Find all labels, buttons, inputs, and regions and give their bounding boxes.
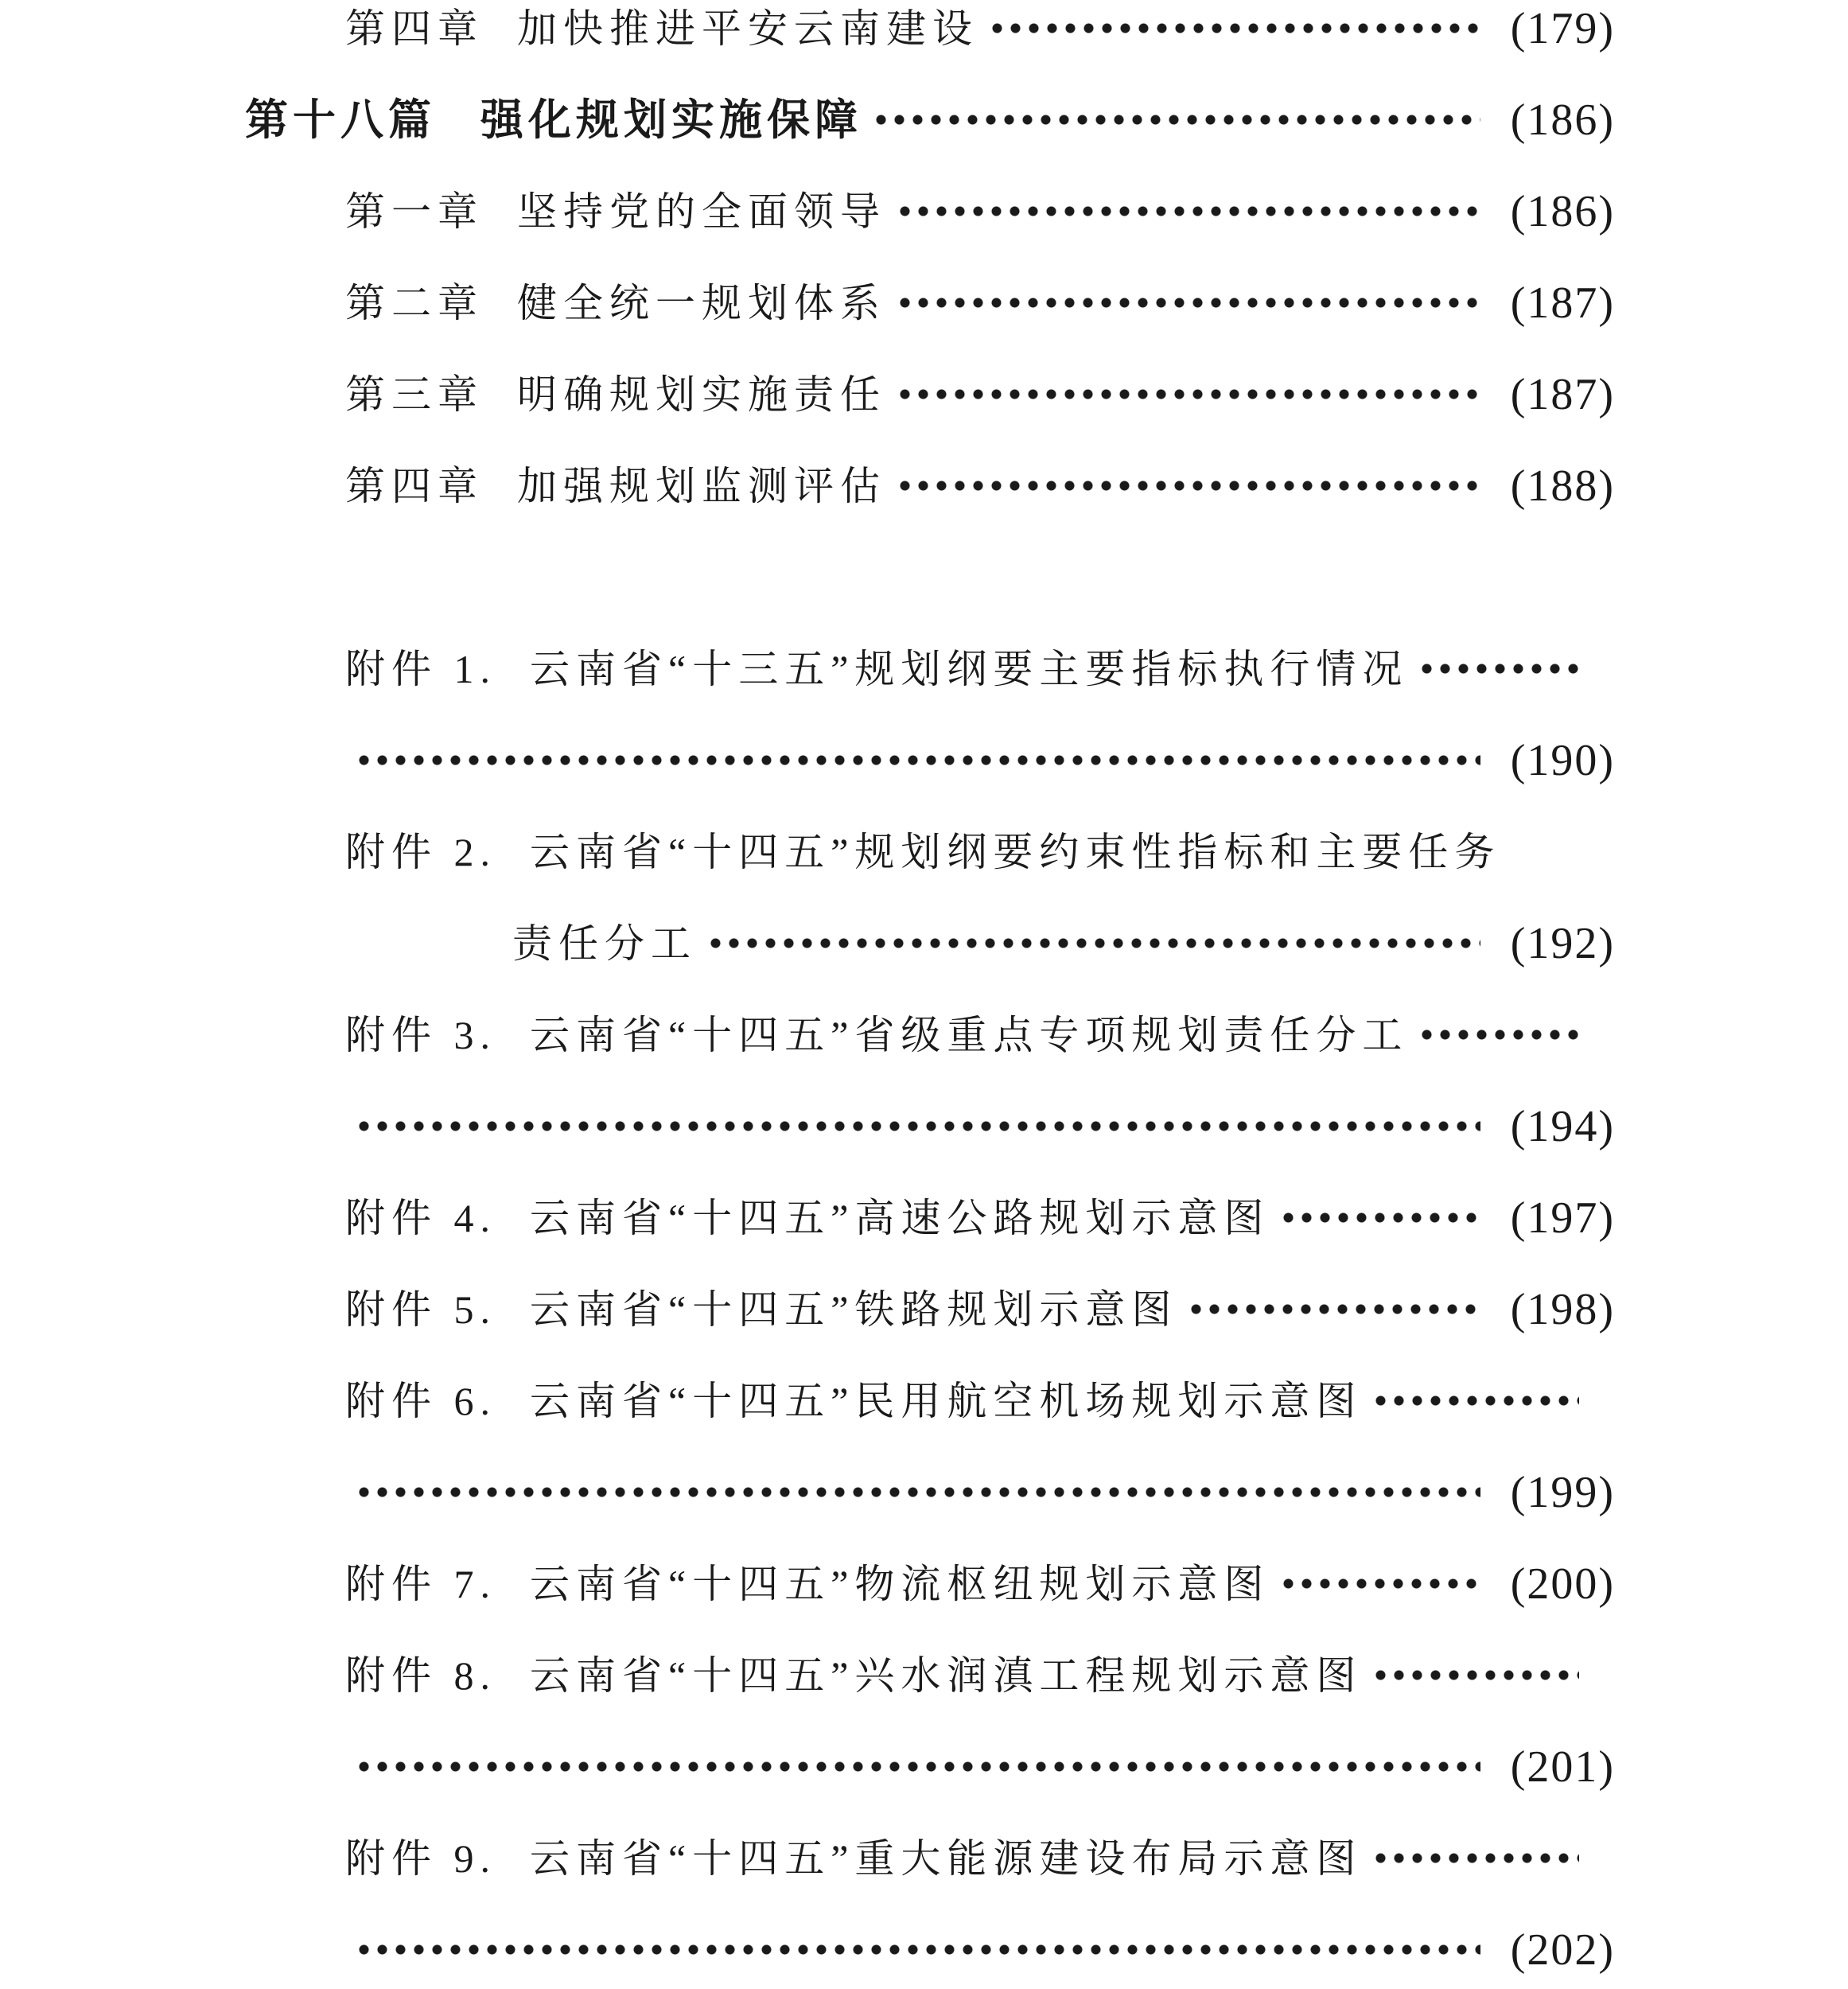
entry-title: 云南省“十四五”兴水润滇工程规划示意图: [530, 1656, 1362, 1695]
toc-entry: 第四章加快推进平安云南建设(179): [0, 0, 1848, 74]
dot-leader-icon: [352, 1904, 1480, 1989]
dot-leader-icon: [1276, 1538, 1480, 1629]
dot-leader-icon: [703, 897, 1480, 989]
page-number: (201): [1511, 1745, 1615, 1789]
dot-leader-icon: [1368, 1812, 1579, 1904]
entry-title: 强化规划实施保障: [480, 99, 862, 142]
dot-leader-icon: [1368, 1629, 1579, 1721]
entry-title: 云南省“十四五”重大能源建设布局示意图: [530, 1839, 1362, 1878]
toc-entry: 第二章健全统一规划体系(187): [0, 257, 1848, 348]
page-number: (186): [1511, 189, 1615, 234]
entry-label: 第十八篇: [245, 99, 436, 142]
dot-leader-icon: [352, 1446, 1480, 1538]
dot-leader-icon: [1414, 623, 1579, 714]
page-number: (186): [1511, 98, 1615, 142]
page-number: (199): [1511, 1470, 1615, 1515]
entry-title: 加强规划监测评估: [517, 466, 886, 506]
entry-label: 附件 5.: [345, 1290, 496, 1329]
entry-label: 第四章: [345, 466, 484, 506]
dot-leader-icon: [1276, 1172, 1480, 1263]
entry-label: 附件 2.: [345, 832, 496, 872]
toc-page: 第四章加快推进平安云南建设(179)第十八篇强化规划实施保障(186)第一章坚持…: [0, 0, 1848, 1989]
toc-entry: 第十八篇强化规划实施保障(186): [0, 74, 1848, 165]
toc-entry: 附件 1.云南省“十三五”规划纲要主要指标执行情况: [0, 623, 1848, 714]
entry-title: 云南省“十四五”高速公路规划示意图: [530, 1198, 1270, 1238]
entry-label: 第四章: [345, 9, 484, 49]
toc-entry: (201): [0, 1721, 1848, 1812]
blank-line: [0, 531, 1848, 623]
toc-entry: (202): [0, 1904, 1848, 1989]
entry-title: 责任分工: [512, 924, 697, 963]
entry-label: 附件 7.: [345, 1564, 496, 1604]
dot-leader-icon: [352, 714, 1480, 806]
entry-title: 云南省“十四五”物流枢纽规划示意图: [530, 1564, 1270, 1604]
page-number: (187): [1511, 372, 1615, 417]
entry-title: 云南省“十四五”铁路规划示意图: [530, 1290, 1177, 1329]
toc-entry: (190): [0, 714, 1848, 806]
toc-entry: 附件 7.云南省“十四五”物流枢纽规划示意图(200): [0, 1538, 1848, 1629]
toc-entry: 第一章坚持党的全面领导(186): [0, 165, 1848, 257]
dot-leader-icon: [352, 1721, 1480, 1812]
toc-list: 第四章加快推进平安云南建设(179)第十八篇强化规划实施保障(186)第一章坚持…: [0, 0, 1848, 1989]
entry-title: 坚持党的全面领导: [517, 192, 886, 232]
dot-leader-icon: [893, 440, 1480, 531]
page-number: (188): [1511, 464, 1615, 508]
entry-label: 附件 4.: [345, 1198, 496, 1238]
page-number: (198): [1511, 1287, 1615, 1332]
dot-leader-icon: [869, 74, 1480, 165]
entry-title: 云南省“十四五”省级重点专项规划责任分工: [530, 1015, 1408, 1055]
entry-label: 第三章: [345, 375, 484, 415]
entry-label: 第二章: [345, 283, 484, 323]
dot-leader-icon: [1368, 1355, 1579, 1446]
dot-leader-icon: [985, 0, 1480, 74]
toc-entry: 附件 6.云南省“十四五”民用航空机场规划示意图: [0, 1355, 1848, 1446]
toc-entry: 附件 4.云南省“十四五”高速公路规划示意图(197): [0, 1172, 1848, 1263]
entry-title: 加快推进平安云南建设: [517, 9, 978, 49]
entry-label: 附件 9.: [345, 1839, 496, 1878]
toc-entry: (199): [0, 1446, 1848, 1538]
entry-label: 附件 8.: [345, 1656, 496, 1695]
page-number: (194): [1511, 1104, 1615, 1149]
dot-leader-icon: [1414, 989, 1579, 1080]
page-number: (192): [1511, 921, 1615, 966]
dot-leader-icon: [893, 257, 1480, 348]
toc-entry: 第三章明确规划实施责任(187): [0, 348, 1848, 440]
toc-entry: 附件 9.云南省“十四五”重大能源建设布局示意图: [0, 1812, 1848, 1904]
dot-leader-icon: [893, 348, 1480, 440]
entry-title: 云南省“十四五”民用航空机场规划示意图: [530, 1381, 1362, 1421]
page-number: (187): [1511, 281, 1615, 325]
entry-title: 云南省“十四五”规划纲要约束性指标和主要任务: [530, 832, 1500, 872]
entry-title: 健全统一规划体系: [517, 283, 886, 323]
toc-entry: (194): [0, 1080, 1848, 1172]
page-number: (202): [1511, 1928, 1615, 1972]
dot-leader-icon: [893, 165, 1480, 257]
dot-leader-icon: [1184, 1263, 1480, 1355]
toc-entry: 附件 2.云南省“十四五”规划纲要约束性指标和主要任务: [0, 806, 1848, 897]
page-number: (190): [1511, 738, 1615, 783]
entry-title: 云南省“十三五”规划纲要主要指标执行情况: [530, 649, 1408, 689]
dot-leader-icon: [352, 1080, 1480, 1172]
toc-entry: 附件 3.云南省“十四五”省级重点专项规划责任分工: [0, 989, 1848, 1080]
entry-label: 附件 1.: [345, 649, 496, 689]
entry-title: 明确规划实施责任: [517, 375, 886, 415]
toc-entry: 附件 8.云南省“十四五”兴水润滇工程规划示意图: [0, 1629, 1848, 1721]
toc-entry: 附件 5.云南省“十四五”铁路规划示意图(198): [0, 1263, 1848, 1355]
page-number: (200): [1511, 1562, 1615, 1606]
toc-entry: 责任分工(192): [0, 897, 1848, 989]
entry-label: 附件 6.: [345, 1381, 496, 1421]
page-number: (179): [1511, 6, 1615, 51]
entry-label: 附件 3.: [345, 1015, 496, 1055]
toc-entry: 第四章加强规划监测评估(188): [0, 440, 1848, 531]
entry-label: 第一章: [345, 192, 484, 232]
page-number: (197): [1511, 1196, 1615, 1240]
